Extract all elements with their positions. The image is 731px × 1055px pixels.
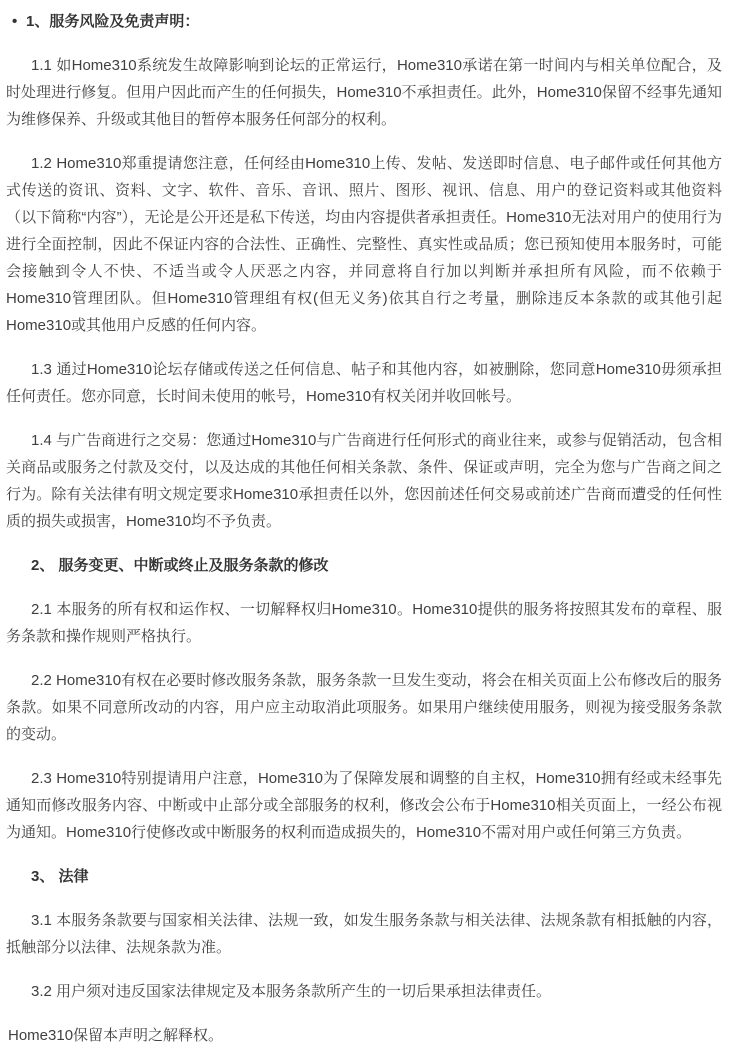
section-1-heading-text: 1、服务风险及免责声明： [26, 13, 199, 30]
clause-2-3: 2.3 Home310特别提请用户注意，Home310为了保障发展和调整的自主权… [6, 765, 722, 846]
closing-statement: Home310保留本声明之解释权。 [6, 1022, 722, 1049]
clause-3-2: 3.2 用户须对违反国家法律规定及本服务条款所产生的一切后果承担法律责任。 [6, 978, 722, 1005]
terms-document: •1、服务风险及免责声明： 1.1 如Home310系统发生故障影响到论坛的正常… [0, 0, 731, 1055]
section-2-heading: 2、 服务变更、中断或终止及服务条款的修改 [6, 552, 722, 579]
clause-3-1: 3.1 本服务条款要与国家相关法律、法规一致，如发生服务条款与相关法律、法规条款… [6, 907, 722, 961]
section-3-heading: 3、 法律 [6, 863, 722, 890]
clause-1-3: 1.3 通过Home310论坛存储或传送之任何信息、帖子和其他内容，如被删除，您… [6, 356, 722, 410]
clause-1-2: 1.2 Home310郑重提请您注意，任何经由Home310上传、发帖、发送即时… [6, 150, 722, 339]
section-1-heading: •1、服务风险及免责声明： [6, 8, 722, 35]
list-bullet-icon: • [12, 8, 26, 35]
clause-2-1: 2.1 本服务的所有权和运作权、一切解释权归Home310。Home310提供的… [6, 596, 722, 650]
clause-1-1: 1.1 如Home310系统发生故障影响到论坛的正常运行，Home310承诺在第… [6, 52, 722, 133]
clause-2-2: 2.2 Home310有权在必要时修改服务条款，服务条款一旦发生变动，将会在相关… [6, 667, 722, 748]
clause-1-4: 1.4 与广告商进行之交易：您通过Home310与广告商进行任何形式的商业往来，… [6, 427, 722, 535]
